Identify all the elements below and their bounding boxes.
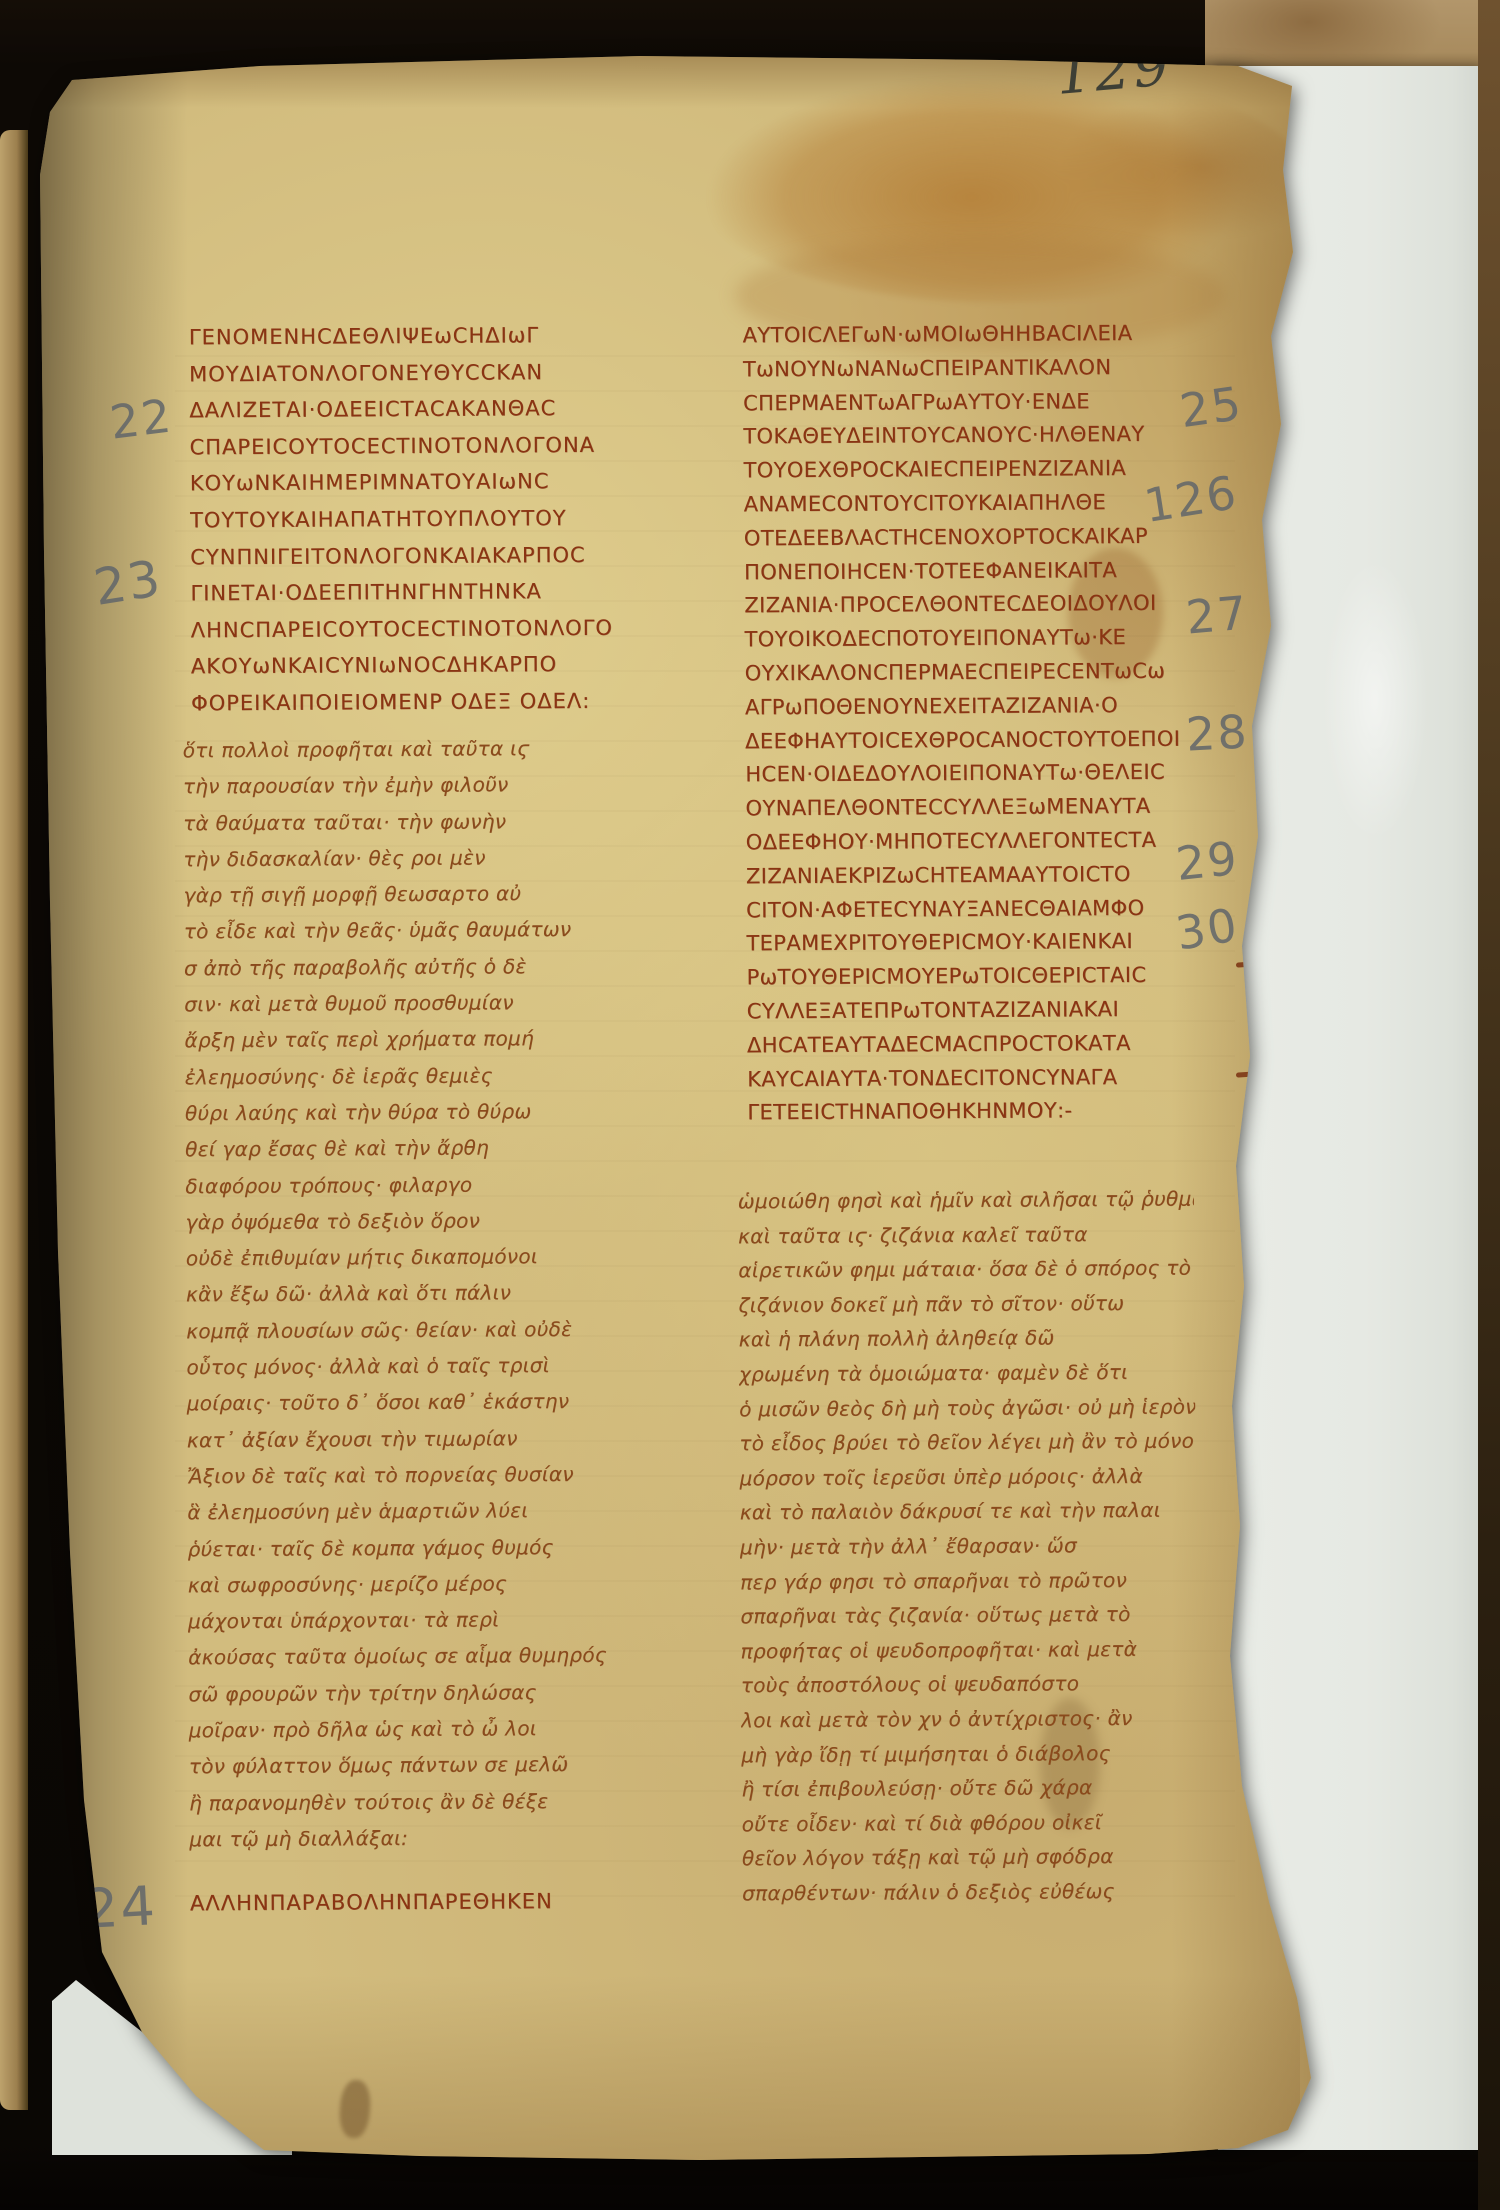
text-line: αἱρετικῶν φημι μάταια· ὅσα δὲ ὁ σπόρος τ… [738,1251,1194,1288]
text-line: μοίραις· τοῦτο δ᾽ ὅσοι καθ᾽ ἑκάστην [187,1383,639,1422]
text-line: μὴν· μετὰ τὴν ἀλλ᾽ ἔθαρσαν· ὥσ [740,1528,1196,1565]
text-line: θεί γαρ ἔσας θὲ καὶ τὴν ἄρθη [185,1129,637,1168]
text-line: σπαρθέντων· πάλιν ὁ δεξιὸς εὐθέως [742,1873,1198,1910]
right-column-uncial-text: ΑΥΤΟΙCΛΕΓωΝ·ωΜΟΙωΘΗΗΒΑCΙΛΕΙΑΤωΝΟΥΝωΝΑΝωC… [743,317,1198,1131]
text-line: ΜΟΥΔΙΑΤΟΝΛΟΓΟΝΕΥΘΥCCΚΑΝ [189,353,637,392]
text-line: ΑΚΟΥωΝΚΑΙCΥΝΙωΝΟCΔΗΚΑΡΠΟ [191,646,639,685]
text-line: ΤωΝΟΥΝωΝΑΝωCΠΕΙΡΑΝΤΙΚΑΛΟΝ [743,350,1193,387]
text-line: ΛΗΝCΠΑΡΕΙCΟΥΤΟCΕCΤΙΝΟΤΟΝΛΟΓΟ [191,609,639,648]
text-line: ἢ τίσι ἐπιβουλεύσῃ· οὔτε δῶ χάρα [741,1770,1197,1807]
text-line: λοι καὶ μετὰ τὸν χν ὁ ἀντίχριστος· ἂν [741,1701,1197,1738]
text-line: Ἄξιον δὲ ταῖς καὶ τὸ πορνείας θυσίαν [187,1456,639,1495]
verse-number-25: 25 [1177,376,1246,438]
text-line: CΙΤΟΝ·ΑΦΕΤΕCΥΝΑΥΞΑΝΕCΘΑΙΑΜΦΟ [746,891,1196,928]
text-line: κἂν ἔξω δῶ· ἀλλὰ καὶ ὅτι πάλιν [186,1274,638,1313]
verse-number-24: 24 [82,1874,158,1941]
text-line: τὴν διδασκαλίαν· θὲς ροι μὲν [183,839,635,878]
text-line: καὶ σωφροσύνης· μερίζο μέρος [188,1564,640,1603]
verse-number-23: 23 [90,549,166,617]
text-line: οὐδὲ ἐπιθυμίαν μήτις δικαπομόνοι [186,1238,638,1277]
margin-ink-dash [1236,1071,1256,1077]
text-line: ὅτι πολλοὶ προφῆται καὶ ταῦτα ιϛ [183,730,635,769]
text-line: οὔτε οἶδεν· καὶ τί διὰ φθόρου οἰκεῖ [742,1804,1198,1841]
text-line: ἢ παρανομηθὲν τούτοις ἂν δὲ θέξε [189,1782,641,1821]
text-line: ΚΟΥωΝΚΑΙΗΜΕΡΙΜΝΑΤΟΥΑΙωΝC [190,463,638,502]
text-line: σπαρῆναι τὰς ζιζανία· οὕτως μετὰ τὸ [740,1597,1196,1634]
verse-number-29: 29 [1173,831,1241,891]
text-line: σῶ φρουρῶν τὴν τρίτην δηλώσας [188,1673,640,1712]
margin-ink-dash [1236,961,1256,967]
gutter-shadow [28,56,188,2160]
text-line: ὡμοιώθη φησὶ καὶ ἡμῖν καὶ σιλῆσαι τῷ ῥυθ… [738,1182,1194,1219]
text-line: γὰρ ὀψόμεθα τὸ δεξιὸν ὅρον [185,1201,637,1240]
text-line: ΦΟΡΕΙΚΑΙΠΟΙΕΙΟΜΕΝΡ ΟΔΕΞ ΟΔΕΛ: [191,683,639,722]
text-line: τὸν φύλαττον ὅμως πάντων σε μελῶ [189,1746,641,1785]
text-line: CΥΛΛΕΞΑΤΕΠΡωΤΟΝΤΑΖΙΖΑΝΙΑΚΑΙ [747,993,1197,1030]
text-line: κομπᾷ πλουσίων σῶς· θείαν· καὶ οὐδὲ [186,1310,638,1349]
text-line: τὴν παρουσίαν τὴν ἐμὴν φιλοῦν [183,766,635,805]
text-line: ἃ ἐλεημοσύνη μὲν ἁμαρτιῶν λύει [187,1492,639,1531]
text-line: ΠΟΝΕΠΟΙΗCΕΝ·ΤΟΤΕΕΦΑΝΕΙΚΑΙΤΑ [744,553,1194,590]
text-line: σ ἀπὸ τῆς παραβολῆς αὐτῆς ὁ δὲ [184,947,636,986]
text-line: σιν· καὶ μετὰ θυμοῦ προσθυμίαν [184,984,636,1023]
text-line: ΓΕΤΕΕΙCΤΗΝΑΠΟΘΗΚΗΝΜΟΥ:- [747,1094,1197,1131]
text-line: χρωμένη τὰ ὁμοιώματα· φαμὲν δὲ ὅτι [739,1355,1195,1392]
text-line: ζιζάνιον δοκεῖ μὴ πᾶν τὸ σῖτον· οὕτω [738,1285,1194,1322]
text-line: μάχονται ὑπάρχονται· τὰ περὶ [188,1601,640,1640]
text-line: τὸ εἶδε καὶ τὴν θεᾶς· ὑμᾶς θαυμάτων [184,911,636,950]
manuscript-photo: 129 ΓΕΝΟΜΕΝΗCΔΕΘΛΙΨΕωCΗΔΙωΓΜΟΥΔΙΑΤΟΝΛΟΓΟ… [0,0,1500,2210]
left-column-commentary-text: ὅτι πολλοὶ προφῆται καὶ ταῦτα ιϛτὴν παρο… [183,730,642,1858]
parchment-wrap: 129 ΓΕΝΟΜΕΝΗCΔΕΘΛΙΨΕωCΗΔΙωΓΜΟΥΔΙΑΤΟΝΛΟΓΟ… [0,0,1500,2210]
text-line: ΟΥΝΑΠΕΛΘΟΝΤΕCCΥΛΛΕΞωΜΕΝΑΥΤΑ [745,790,1195,827]
text-line: ΤΟΥΟΕΧΘΡΟCΚΑΙΕCΠΕΙΡΕΝΖΙΖΑΝΙΑ [743,452,1193,489]
left-column-closing-uncial-line: ΑΛΛΗΝΠΑΡΑΒΟΛΗΝΠΑΡΕΘΗΚΕΝ [190,1883,650,1922]
text-line: ΟΤΕΔΕΕΒΛΑCΤΗCΕΝΟΧΟΡΤΟCΚΑΙΚΑΡ [744,519,1194,556]
text-line: ΓΙΝΕΤΑΙ·ΟΔΕΕΠΙΤΗΝΓΗΝΤΗΝΚΑ [190,573,638,612]
text-line: ΑΓΡωΠΟΘΕΝΟΥΝΕΧΕΙΤΑΖΙΖΑΝΙΑ·Ο [745,688,1195,725]
verse-number-22: 22 [107,388,176,449]
text-line: ἄρξη μὲν ταῖς περὶ χρήματα πομή [184,1020,636,1059]
folio-number: 129 [1053,33,1174,108]
text-line: CΥΝΠΝΙΓΕΙΤΟΝΛΟΓΟΝΚΑΙΑΚΑΡΠΟC [190,536,638,575]
right-column-commentary-text: ὡμοιώθη φησὶ καὶ ἡμῖν καὶ σιλῆσαι τῷ ῥυθ… [738,1182,1198,1911]
text-line: καὶ τὸ παλαιὸν δάκρυσί τε καὶ τὴν παλαι [740,1493,1196,1530]
text-line: γὰρ τῇ σιγῇ μορφῇ θεωσαρτο αὐ [183,875,635,914]
text-line: ΖΙΖΑΝΙΑ·ΠΡΟCΕΛΘΟΝΤΕCΔΕΟΙΔΟΥΛΟΙ [744,587,1194,624]
text-line: ΓΕΝΟΜΕΝΗCΔΕΘΛΙΨΕωCΗΔΙωΓ [189,317,637,356]
text-line: ΔΗCΑΤΕΑΥΤΑΔΕCΜΑCΠΡΟCΤΟΚΑΤΑ [747,1026,1197,1063]
text-line: ΔΑΛΙΖΕΤΑΙ·ΟΔΕΕΙCΤΑCΑΚΑΝΘΑC [189,390,637,429]
verse-number-28: 28 [1185,704,1250,761]
text-line: καὶ ἡ πλάνη πολλὴ ἀληθείᾳ δῶ [739,1320,1195,1357]
text-line: ΡωΤΟΥΘΕΡΙCΜΟΥΕΡωΤΟΙCΘΕΡΙCΤΑΙC [746,959,1196,996]
text-line: καὶ ταῦτα ιϛ· ζιζάνια καλεῖ ταῦτα [738,1216,1194,1253]
text-line: μὴ γὰρ ἴδῃ τί μιμήσηται ὁ διάβολος [741,1735,1197,1772]
text-line: τοὺς ἀποστόλους οἱ ψευδαπόστο [741,1666,1197,1703]
text-line: ΚΑΥCΑΙΑΥΤΑ·ΤΟΝΔΕCΙΤΟΝCΥΝΑΓΑ [747,1060,1197,1097]
text-line: ΤΕΡΑΜΕΧΡΙΤΟΥΘΕΡΙCΜΟΥ·ΚΑΙΕΝΚΑΙ [746,925,1196,962]
parchment-page: 129 ΓΕΝΟΜΕΝΗCΔΕΘΛΙΨΕωCΗΔΙωΓΜΟΥΔΙΑΤΟΝΛΟΓΟ… [0,0,1500,2210]
text-line: CΠΕΡΜΑΕΝΤωΑΓΡωΑΥΤΟΥ·ΕΝΔΕ [743,384,1193,421]
text-line: ῥύεται· ταῖς δὲ κομπα γάμος θυμός [187,1528,639,1567]
verse-number-27: 27 [1184,585,1251,644]
text-line: ΗCΕΝ·ΟΙΔΕΔΟΥΛΟΙΕΙΠΟΝΑΥΤω·ΘΕΛΕΙC [745,756,1195,793]
text-line: ΤΟΥΤΟΥΚΑΙΗΑΠΑΤΗΤΟΥΠΛΟΥΤΟΥ [190,500,638,539]
bottom-edge-shading [60,1975,1300,2160]
text-line: μόρσον τοῖς ἱερεῦσι ὑπὲρ μόροις· ἀλλὰ [739,1458,1195,1495]
text-line: ΟΔΕΕΦΗΟΥ·ΜΗΠΟΤΕCΥΛΛΕΓΟΝΤΕCΤΑ [746,824,1196,861]
text-line: ΖΙΖΑΝΙΑΕΚΡΙΖωCΗΤΕΑΜΑΑΥΤΟΙCΤΟ [746,857,1196,894]
text-line: ΔΕΕΦΗΑΥΤΟΙCΕΧΘΡΟCΑΝΟCΤΟΥΤΟΕΠΟΙ [745,722,1195,759]
text-line: διαφόρου τρόπους· φιλαργο [185,1165,637,1204]
text-line: ΤΟΚΑΘΕΥΔΕΙΝΤΟΥCΑΝΟΥC·ΗΛΘΕΝΑΥ [743,418,1193,455]
text-line: ΑΝΑΜΕCΟΝΤΟΥCΙΤΟΥΚΑΙΑΠΗΛΘΕ [744,486,1194,523]
text-line: ΟΥΧΙΚΑΛΟΝCΠΕΡΜΑΕCΠΕΙΡΕCΕΝΤωCω [745,655,1195,692]
text-line: μοῖραν· πρὸ δῆλα ὡς καὶ τὸ ὦ λοι [189,1710,641,1749]
text-line: οὗτος μόνος· ἀλλὰ καὶ ὁ ταῖς τρισὶ [186,1347,638,1386]
text-line: ὁ μισῶν θεὸς δὴ μὴ τοὺς ἀγῶσι· οὐ μὴ ἱερ… [739,1389,1195,1426]
text-line: ἀκούσας ταῦτα ὁμοίως σε αἷμα θυμηρός [188,1637,640,1676]
text-line: μαι τῷ μὴ διαλλάξαι: [189,1819,641,1858]
text-line: προφήτας οἱ ψευδοπροφῆται· καὶ μετὰ [741,1631,1197,1668]
text-line: ΑΥΤΟΙCΛΕΓωΝ·ωΜΟΙωΘΗΗΒΑCΙΛΕΙΑ [743,317,1193,354]
text-line: ἐλεημοσύνης· δὲ ἱερᾶς θεμιὲς [185,1056,637,1095]
text-line: τὰ θαύματα ταῦται· τὴν φωνὴν [183,802,635,841]
text-line: ΤΟΥΟΙΚΟΔΕCΠΟΤΟΥΕΙΠΟΝΑΥΤω·ΚΕ [744,621,1194,658]
text-line: περ γάρ φησι τὸ σπαρῆναι τὸ πρῶτον [740,1562,1196,1599]
text-line: θεῖον λόγον τάξῃ καὶ τῷ μὴ σφόδρα [742,1839,1198,1876]
text-line: τὸ εἶδος βρύει τὸ θεῖον λέγει μὴ ἂν τὸ μ… [739,1424,1195,1461]
text-line: CΠΑΡΕΙCΟΥΤΟCΕCΤΙΝΟΤΟΝΛΟΓΟΝΑ [189,426,637,465]
text-line: θύρι λαύης καὶ τὴν θύρα τὸ θύρω [185,1093,637,1132]
left-column-uncial-text: ΓΕΝΟΜΕΝΗCΔΕΘΛΙΨΕωCΗΔΙωΓΜΟΥΔΙΑΤΟΝΛΟΓΟΝΕΥΘ… [189,317,639,722]
verse-number-30: 30 [1172,897,1242,960]
text-line: κατ᾽ ἀξίαν ἔχουσι τὴν τιμωρίαν [187,1419,639,1458]
